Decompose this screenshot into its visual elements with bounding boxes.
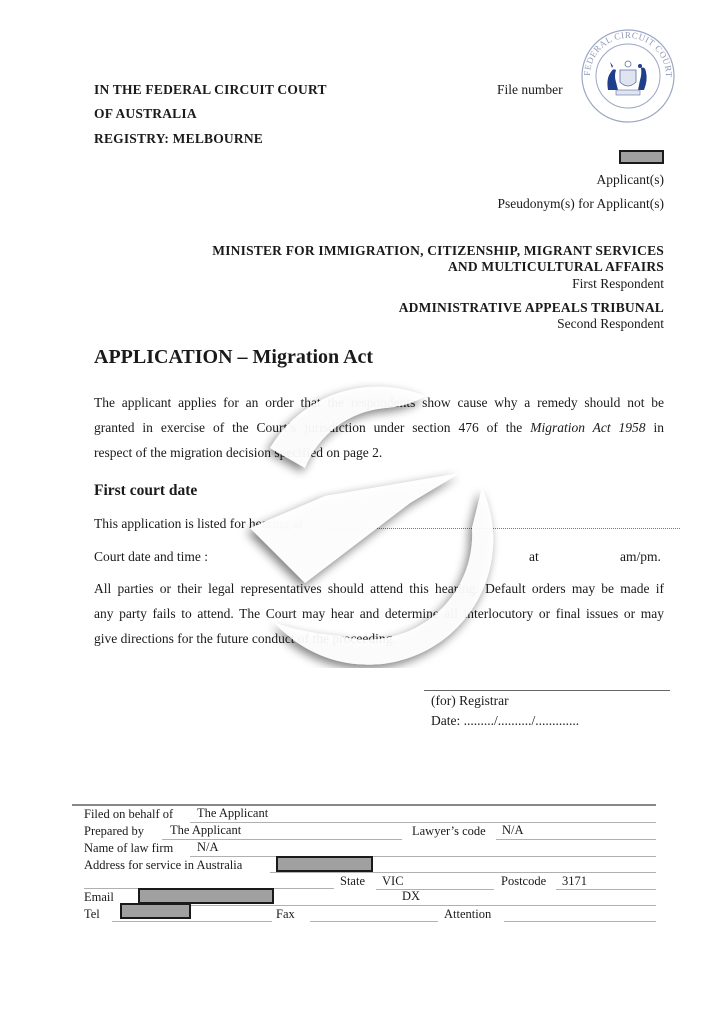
intro-line2-end: in — [646, 420, 664, 435]
second-respondent-name: ADMINISTRATIVE APPEALS TRIBUNAL — [399, 300, 664, 316]
tel-label: Tel — [84, 907, 100, 922]
state-label: State — [340, 874, 365, 889]
law-firm-value: N/A — [197, 840, 219, 855]
prepared-by-label: Prepared by — [84, 824, 144, 839]
attendance-notice: All parties or their legal representativ… — [94, 576, 664, 651]
registrar-date: Date: ........./........../............. — [431, 713, 579, 729]
law-firm-line — [190, 856, 656, 857]
intro-line1: The applicant applies for an order that … — [94, 390, 664, 415]
lawyers-code-label: Lawyer’s code — [412, 824, 486, 839]
first-respondent-name-line2: AND MULTICULTURAL AFFAIRS — [448, 259, 664, 275]
attention-line — [504, 921, 656, 922]
email-line — [130, 905, 656, 906]
postcode-label: Postcode — [501, 874, 546, 889]
court-name-line2: OF AUSTRALIA — [94, 106, 197, 122]
dx-label: DX — [402, 889, 420, 904]
hearing-location-field — [326, 528, 680, 529]
first-respondent-name-line1: MINISTER FOR IMMIGRATION, CITIZENSHIP, M… — [212, 243, 664, 259]
prepared-by-value: The Applicant — [170, 823, 241, 838]
filed-on-behalf-line — [190, 822, 656, 823]
first-respondent-label: First Respondent — [572, 276, 664, 292]
registry-label: REGISTRY: MELBOURNE — [94, 131, 263, 147]
postcode-value: 3171 — [562, 874, 587, 889]
notice-line1: All parties or their legal representativ… — [94, 576, 664, 601]
tel-redacted — [120, 903, 191, 919]
ampm-label: am/pm. — [620, 549, 661, 565]
fax-label: Fax — [276, 907, 295, 922]
intro-line2-text: granted in exercise of the Court’s juris… — [94, 420, 530, 435]
email-redacted — [138, 888, 274, 904]
state-value: VIC — [382, 874, 404, 889]
address-redacted — [276, 856, 373, 872]
pseudonym-label: Pseudonym(s) for Applicant(s) — [498, 196, 664, 212]
hearing-location-label: This application is listed for hearing a… — [94, 516, 302, 532]
intro-paragraph: The applicant applies for an order that … — [94, 390, 664, 465]
court-seal-icon: FEDERAL CIRCUIT COURT OF AUSTRALIA — [578, 28, 678, 124]
registrar-label: (for) Registrar — [431, 693, 509, 709]
act-name: Migration Act 1958 — [530, 420, 645, 435]
court-name-line1: IN THE FEDERAL CIRCUIT COURT — [94, 82, 327, 98]
filing-section-divider — [72, 804, 656, 806]
email-label: Email — [84, 890, 114, 905]
tel-line — [112, 921, 272, 922]
applicant-label: Applicant(s) — [597, 172, 664, 188]
law-firm-label: Name of law firm — [84, 841, 173, 856]
state-line — [376, 889, 494, 890]
intro-line3: respect of the migration decision specif… — [94, 440, 664, 465]
filed-on-behalf-label: Filed on behalf of — [84, 807, 173, 822]
first-court-date-heading: First court date — [94, 482, 197, 500]
intro-line2: granted in exercise of the Court’s juris… — [94, 415, 664, 440]
second-respondent-label: Second Respondent — [557, 316, 664, 332]
postcode-line — [556, 889, 656, 890]
notice-line2: any party fails to attend. The Court may… — [94, 601, 664, 626]
notice-line3: give directions for the future conduct o… — [94, 626, 664, 651]
address-label: Address for service in Australia — [84, 858, 242, 873]
applicant-name-redacted — [619, 150, 664, 164]
filed-on-behalf-value: The Applicant — [197, 806, 268, 821]
registrar-signature-line — [424, 690, 670, 691]
lawyers-code-value: N/A — [502, 823, 524, 838]
file-number-label: File number — [497, 82, 563, 98]
court-time-at-label: at — [529, 549, 539, 565]
court-date-label: Court date and time : — [94, 549, 208, 565]
lawyers-code-line — [496, 839, 656, 840]
address-line — [270, 872, 656, 873]
document-title: APPLICATION – Migration Act — [94, 346, 373, 369]
fax-line — [310, 921, 438, 922]
attention-label: Attention — [444, 907, 491, 922]
